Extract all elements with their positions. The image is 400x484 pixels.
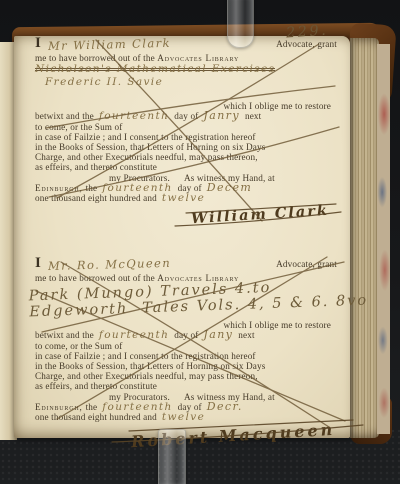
page-number: 229. — [285, 23, 328, 42]
printed-text: to come, or the Sum of — [35, 122, 337, 132]
book-entry: Frederic II. Savie — [45, 76, 337, 89]
form2-opening-line: I Mr. Ro. McQueen Advocate, grant — [35, 258, 337, 273]
return-day: fourteenth — [99, 330, 169, 340]
printed-text: to come, or the Sum of — [35, 341, 337, 351]
marbled-board-edge — [377, 44, 390, 434]
library-name: Advocates Library — [157, 53, 239, 63]
form1-borrowed-line: me to have borrowed out of the Advocates… — [35, 53, 337, 63]
year-word: twelve — [162, 193, 205, 203]
signed-month: Decem — [207, 183, 252, 193]
signed-month: Decr. — [207, 402, 243, 412]
printed-initial: I — [35, 258, 41, 268]
printed-text: me to have borrowed out of the — [35, 273, 157, 283]
register-page: 229. I Mr William Clark Advocate, grant … — [14, 36, 350, 438]
printed-text: me to have borrowed out of the — [35, 53, 157, 63]
photo-of-library-borrowing-register: 229. I Mr William Clark Advocate, grant … — [0, 0, 400, 484]
printed-initial: I — [35, 38, 41, 48]
printed-text: Advocate, grant — [276, 259, 337, 269]
book-entries-large: Park (Mungo) Travels 4.to EdgeworthTales… — [29, 279, 338, 321]
printed-text: which I oblige me to restore — [35, 320, 337, 330]
return-day: fourteenth — [99, 111, 169, 121]
printed-text: Charge, and other Executorials needful, … — [35, 371, 337, 381]
plastic-clip-bottom — [158, 429, 186, 484]
printed-text: as effeirs, and thereto constitute — [35, 162, 337, 172]
printed-text: in the Books of Session, that Letters of… — [35, 361, 337, 371]
printed-text: in case of Failzie ; and I consent to th… — [35, 132, 337, 142]
printed-text: Advocate, grant — [276, 39, 337, 49]
printed-text: in the Books of Session, that Letters of… — [35, 142, 337, 152]
form1-signature: William Clark — [35, 206, 337, 223]
return-month: Jany — [203, 330, 233, 340]
book-fore-edge-pages — [350, 38, 379, 438]
form1-return-date-line: betwixt and the fourteenth day of Janry … — [35, 111, 337, 121]
borrow-form-2: I Mr. Ro. McQueen Advocate, grant me to … — [35, 258, 337, 445]
plastic-clip-top — [227, 0, 254, 48]
form1-year-line: one thousand eight hundred and twelve — [35, 193, 337, 203]
borrower-name: Mr. Ro. McQueen — [48, 255, 276, 271]
printed-text: as effeirs, and thereto constitute — [35, 381, 337, 391]
borrow-form-1: I Mr William Clark Advocate, grant me to… — [35, 38, 337, 223]
edinburgh-label: Edinburgh, — [35, 183, 83, 193]
form2-year-line: one thousand eight hundred and twelve — [35, 412, 337, 422]
return-month: Janry — [203, 111, 240, 121]
printed-text: which I oblige me to restore — [35, 101, 337, 111]
form2-signature: Robert Macqueen — [35, 426, 337, 445]
year-word: twelve — [162, 412, 205, 422]
book-entry-struck: Nicholson's Mathematical Exercises — [35, 63, 337, 76]
form2-return-date-line: betwixt and the fourteenth day of Jany n… — [35, 330, 337, 340]
edinburgh-label: Edinburgh, — [35, 402, 83, 412]
printed-text: in case of Failzie ; and I consent to th… — [35, 351, 337, 361]
printed-text: Charge, and other Executorials needful, … — [35, 152, 337, 162]
